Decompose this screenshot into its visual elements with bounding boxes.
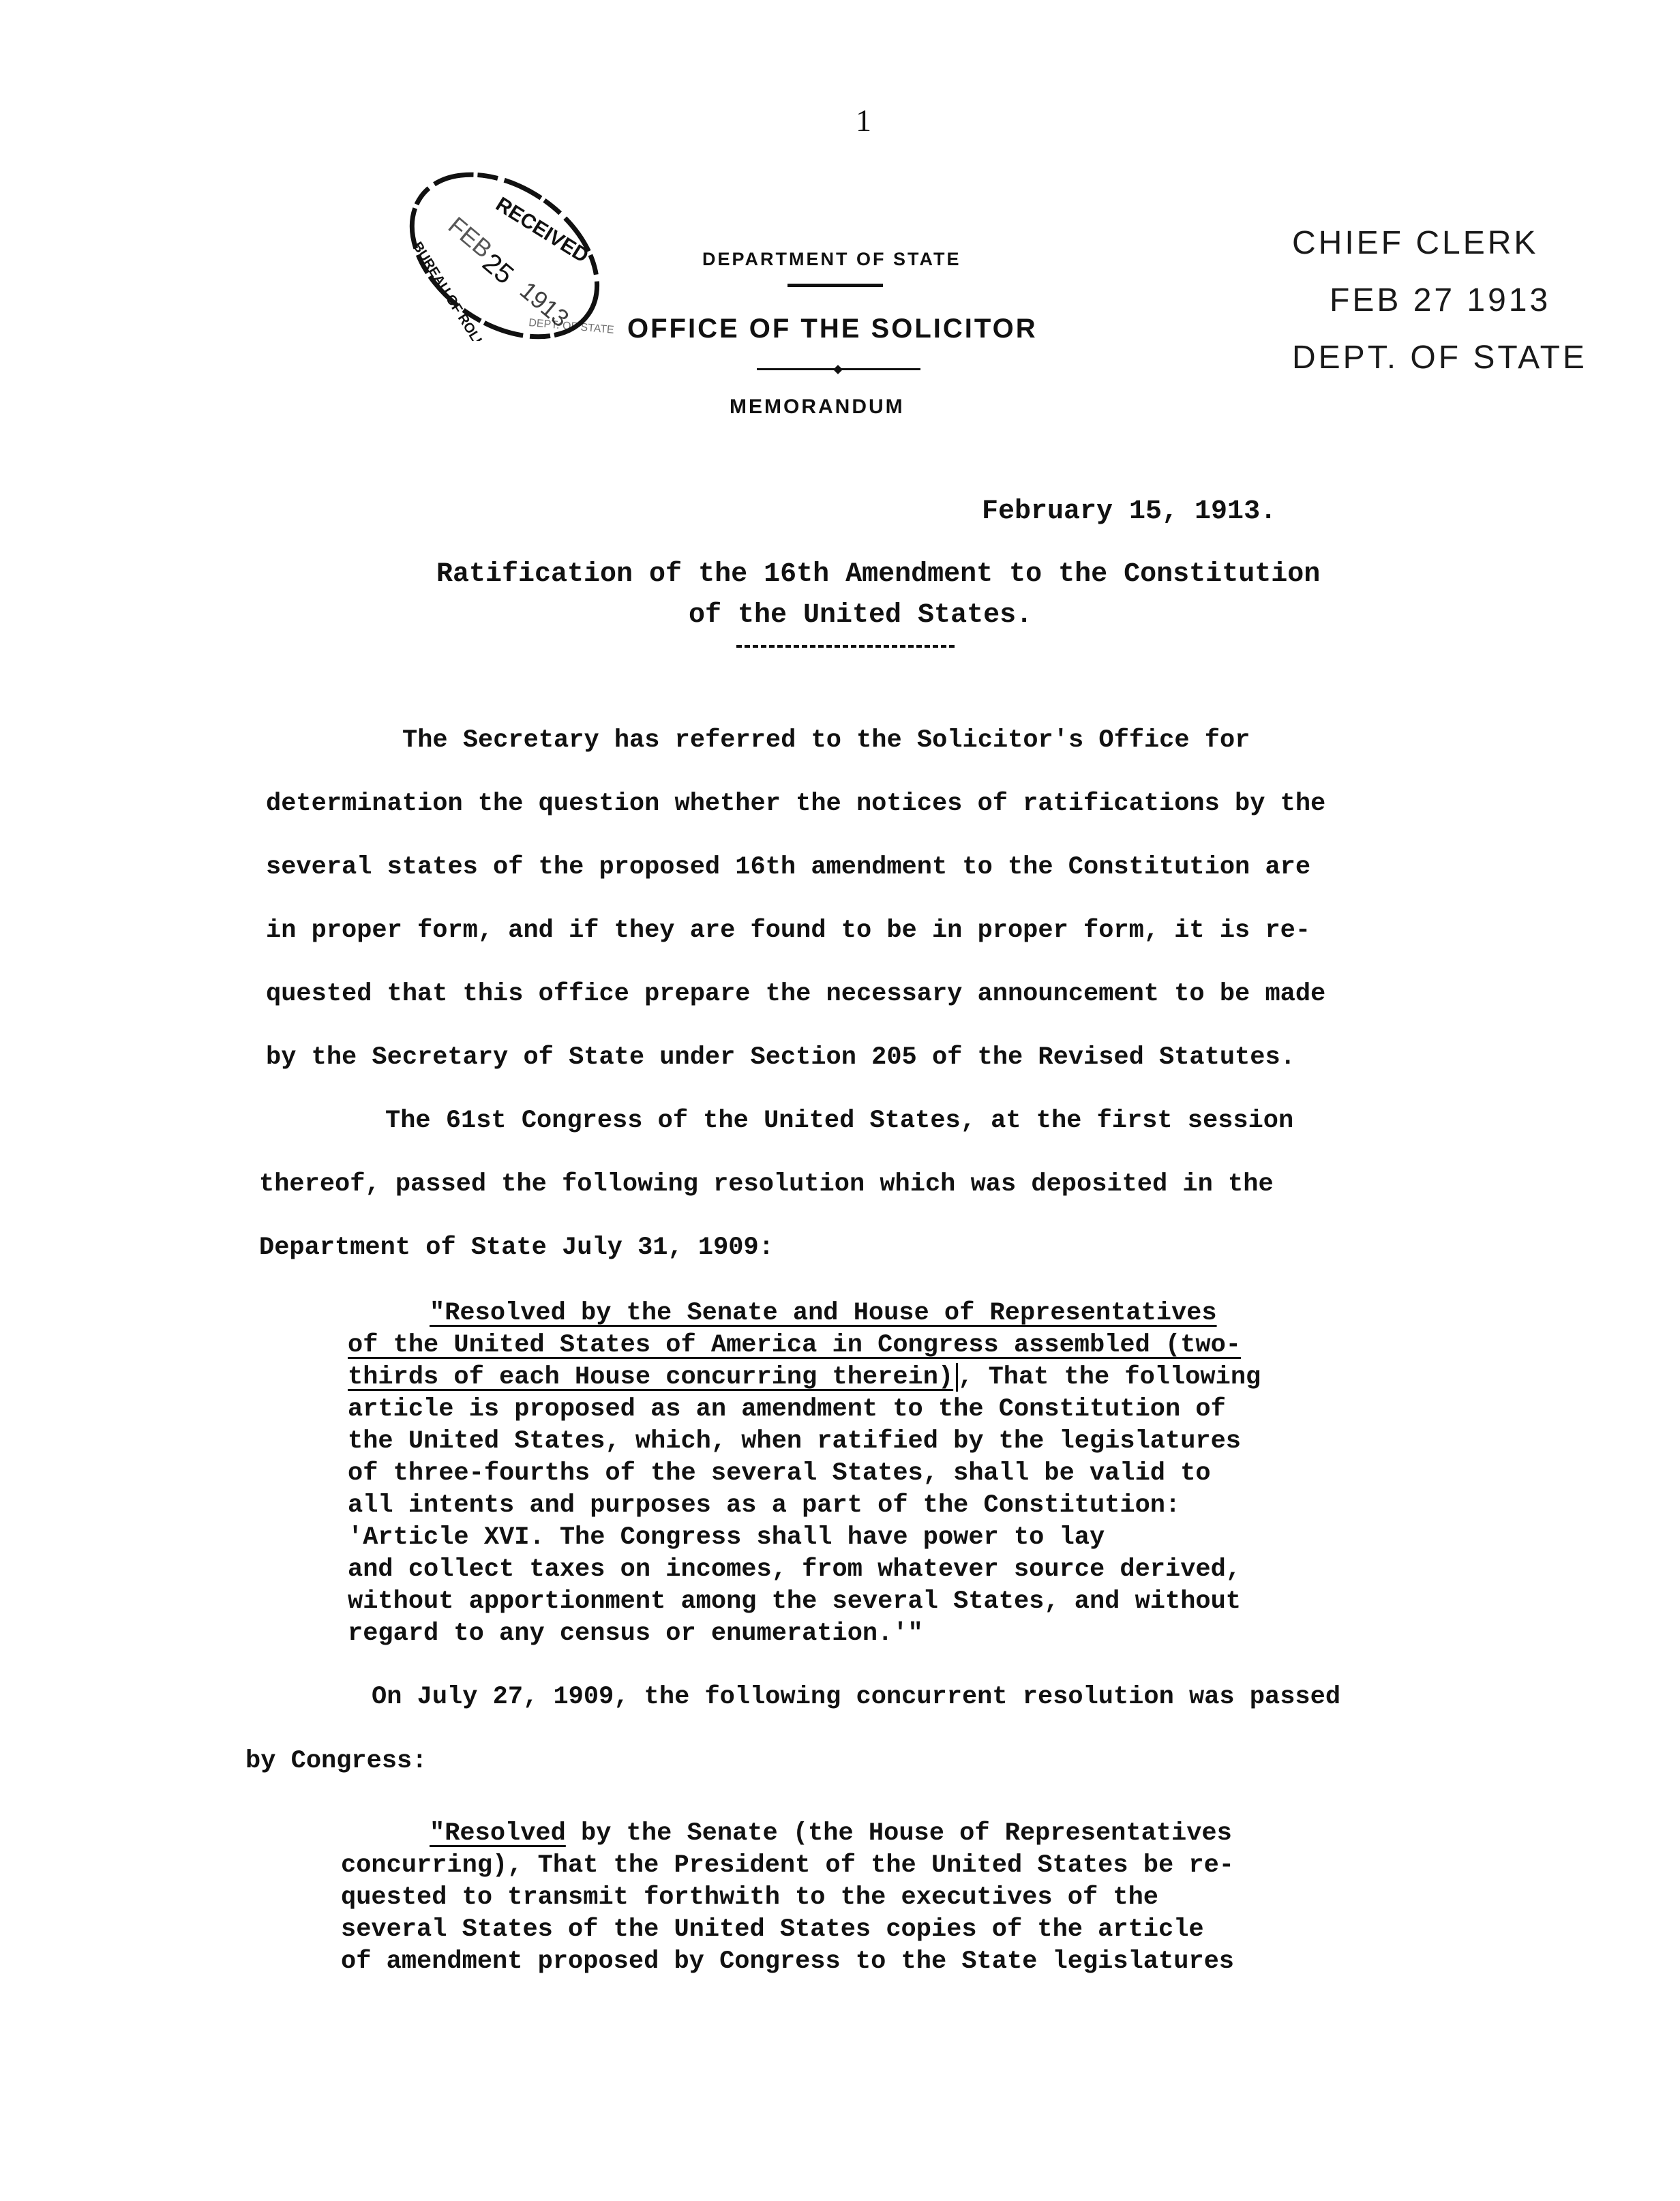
underlined-text: "Resolved <box>430 1819 566 1848</box>
letterhead-office: OFFICE OF THE SOLICITOR <box>627 314 1038 344</box>
quote-line: regard to any census or enumeration.'" <box>348 1619 923 1648</box>
body-line: several states of the proposed 16th amen… <box>266 853 1310 882</box>
body-line: Department of State July 31, 1909: <box>259 1233 774 1262</box>
letterhead-department: DEPARTMENT OF STATE <box>702 249 961 270</box>
letterhead-rule <box>787 284 883 287</box>
received-stamp: RECEIVED FEB 25 1913 BUREAU OF ROLLS & L… <box>392 170 617 341</box>
quote-line: and collect taxes on incomes, from whate… <box>348 1555 1241 1584</box>
body-line: quested that this office prepare the nec… <box>266 980 1325 1008</box>
quote-line: "Resolved by the Senate and House of Rep… <box>430 1299 1217 1328</box>
underlined-text: thirds of each House concurring therein) <box>348 1363 958 1392</box>
quote-line: concurring), That the President of the U… <box>341 1851 1234 1880</box>
underlined-text: "Resolved by the Senate and House of Rep… <box>430 1299 1217 1328</box>
chief-clerk-stamp: CHIEF CLERK FEB 27 1913 DEPT. OF STATE <box>1292 215 1587 387</box>
subject-rule <box>736 645 955 650</box>
letterhead-ornament-rule <box>757 368 920 370</box>
quote-line: quested to transmit forthwith to the exe… <box>341 1883 1158 1912</box>
received-stamp-bottom-text-2: DEPT. OF STATE <box>528 317 615 336</box>
quote-line: of three-fourths of the several States, … <box>348 1459 1211 1488</box>
chief-clerk-stamp-line: DEPT. OF STATE <box>1292 329 1587 387</box>
received-stamp-graphic: RECEIVED FEB 25 1913 BUREAU OF ROLLS & L… <box>392 170 617 341</box>
body-line: The Secretary has referred to the Solici… <box>402 726 1250 755</box>
quote-line: of amendment proposed by Congress to the… <box>341 1947 1234 1976</box>
body-line: The 61st Congress of the United States, … <box>385 1107 1293 1135</box>
chief-clerk-stamp-line: FEB 27 1913 <box>1292 272 1587 329</box>
quote-line: the United States, which, when ratified … <box>348 1427 1241 1456</box>
quote-line: without apportionment among the several … <box>348 1587 1241 1616</box>
subject-line-2: of the United States. <box>689 600 1032 631</box>
body-line: thereof, passed the following resolution… <box>259 1170 1274 1199</box>
page-number: 1 <box>856 102 871 138</box>
quote-text: by the Senate (the House of Representati… <box>566 1819 1232 1848</box>
body-line: by Congress: <box>245 1747 427 1776</box>
quote-line: thirds of each House concurring therein)… <box>348 1363 1261 1392</box>
chief-clerk-stamp-line: CHIEF CLERK <box>1292 215 1587 272</box>
underlined-text: of the United States of America in Congr… <box>348 1331 1241 1360</box>
body-line: in proper form, and if they are found to… <box>266 916 1310 945</box>
quote-line: "Resolved by the Senate (the House of Re… <box>430 1819 1232 1848</box>
body-line: by the Secretary of State under Section … <box>266 1043 1295 1072</box>
quote-line: several States of the United States copi… <box>341 1915 1204 1944</box>
memo-date: February 15, 1913. <box>982 496 1276 527</box>
quote-line: of the United States of America in Congr… <box>348 1331 1241 1360</box>
subject-line-1: Ratification of the 16th Amendment to th… <box>436 559 1320 590</box>
quote-line: article is proposed as an amendment to t… <box>348 1395 1226 1424</box>
body-line: On July 27, 1909, the following concurre… <box>372 1683 1340 1711</box>
quote-line: all intents and purposes as a part of th… <box>348 1491 1180 1520</box>
body-line: determination the question whether the n… <box>266 790 1325 818</box>
letterhead-doc-type: MEMORANDUM <box>730 395 905 419</box>
quote-text: , That the following <box>958 1363 1261 1392</box>
quote-line: 'Article XVI. The Congress shall have po… <box>348 1523 1105 1552</box>
